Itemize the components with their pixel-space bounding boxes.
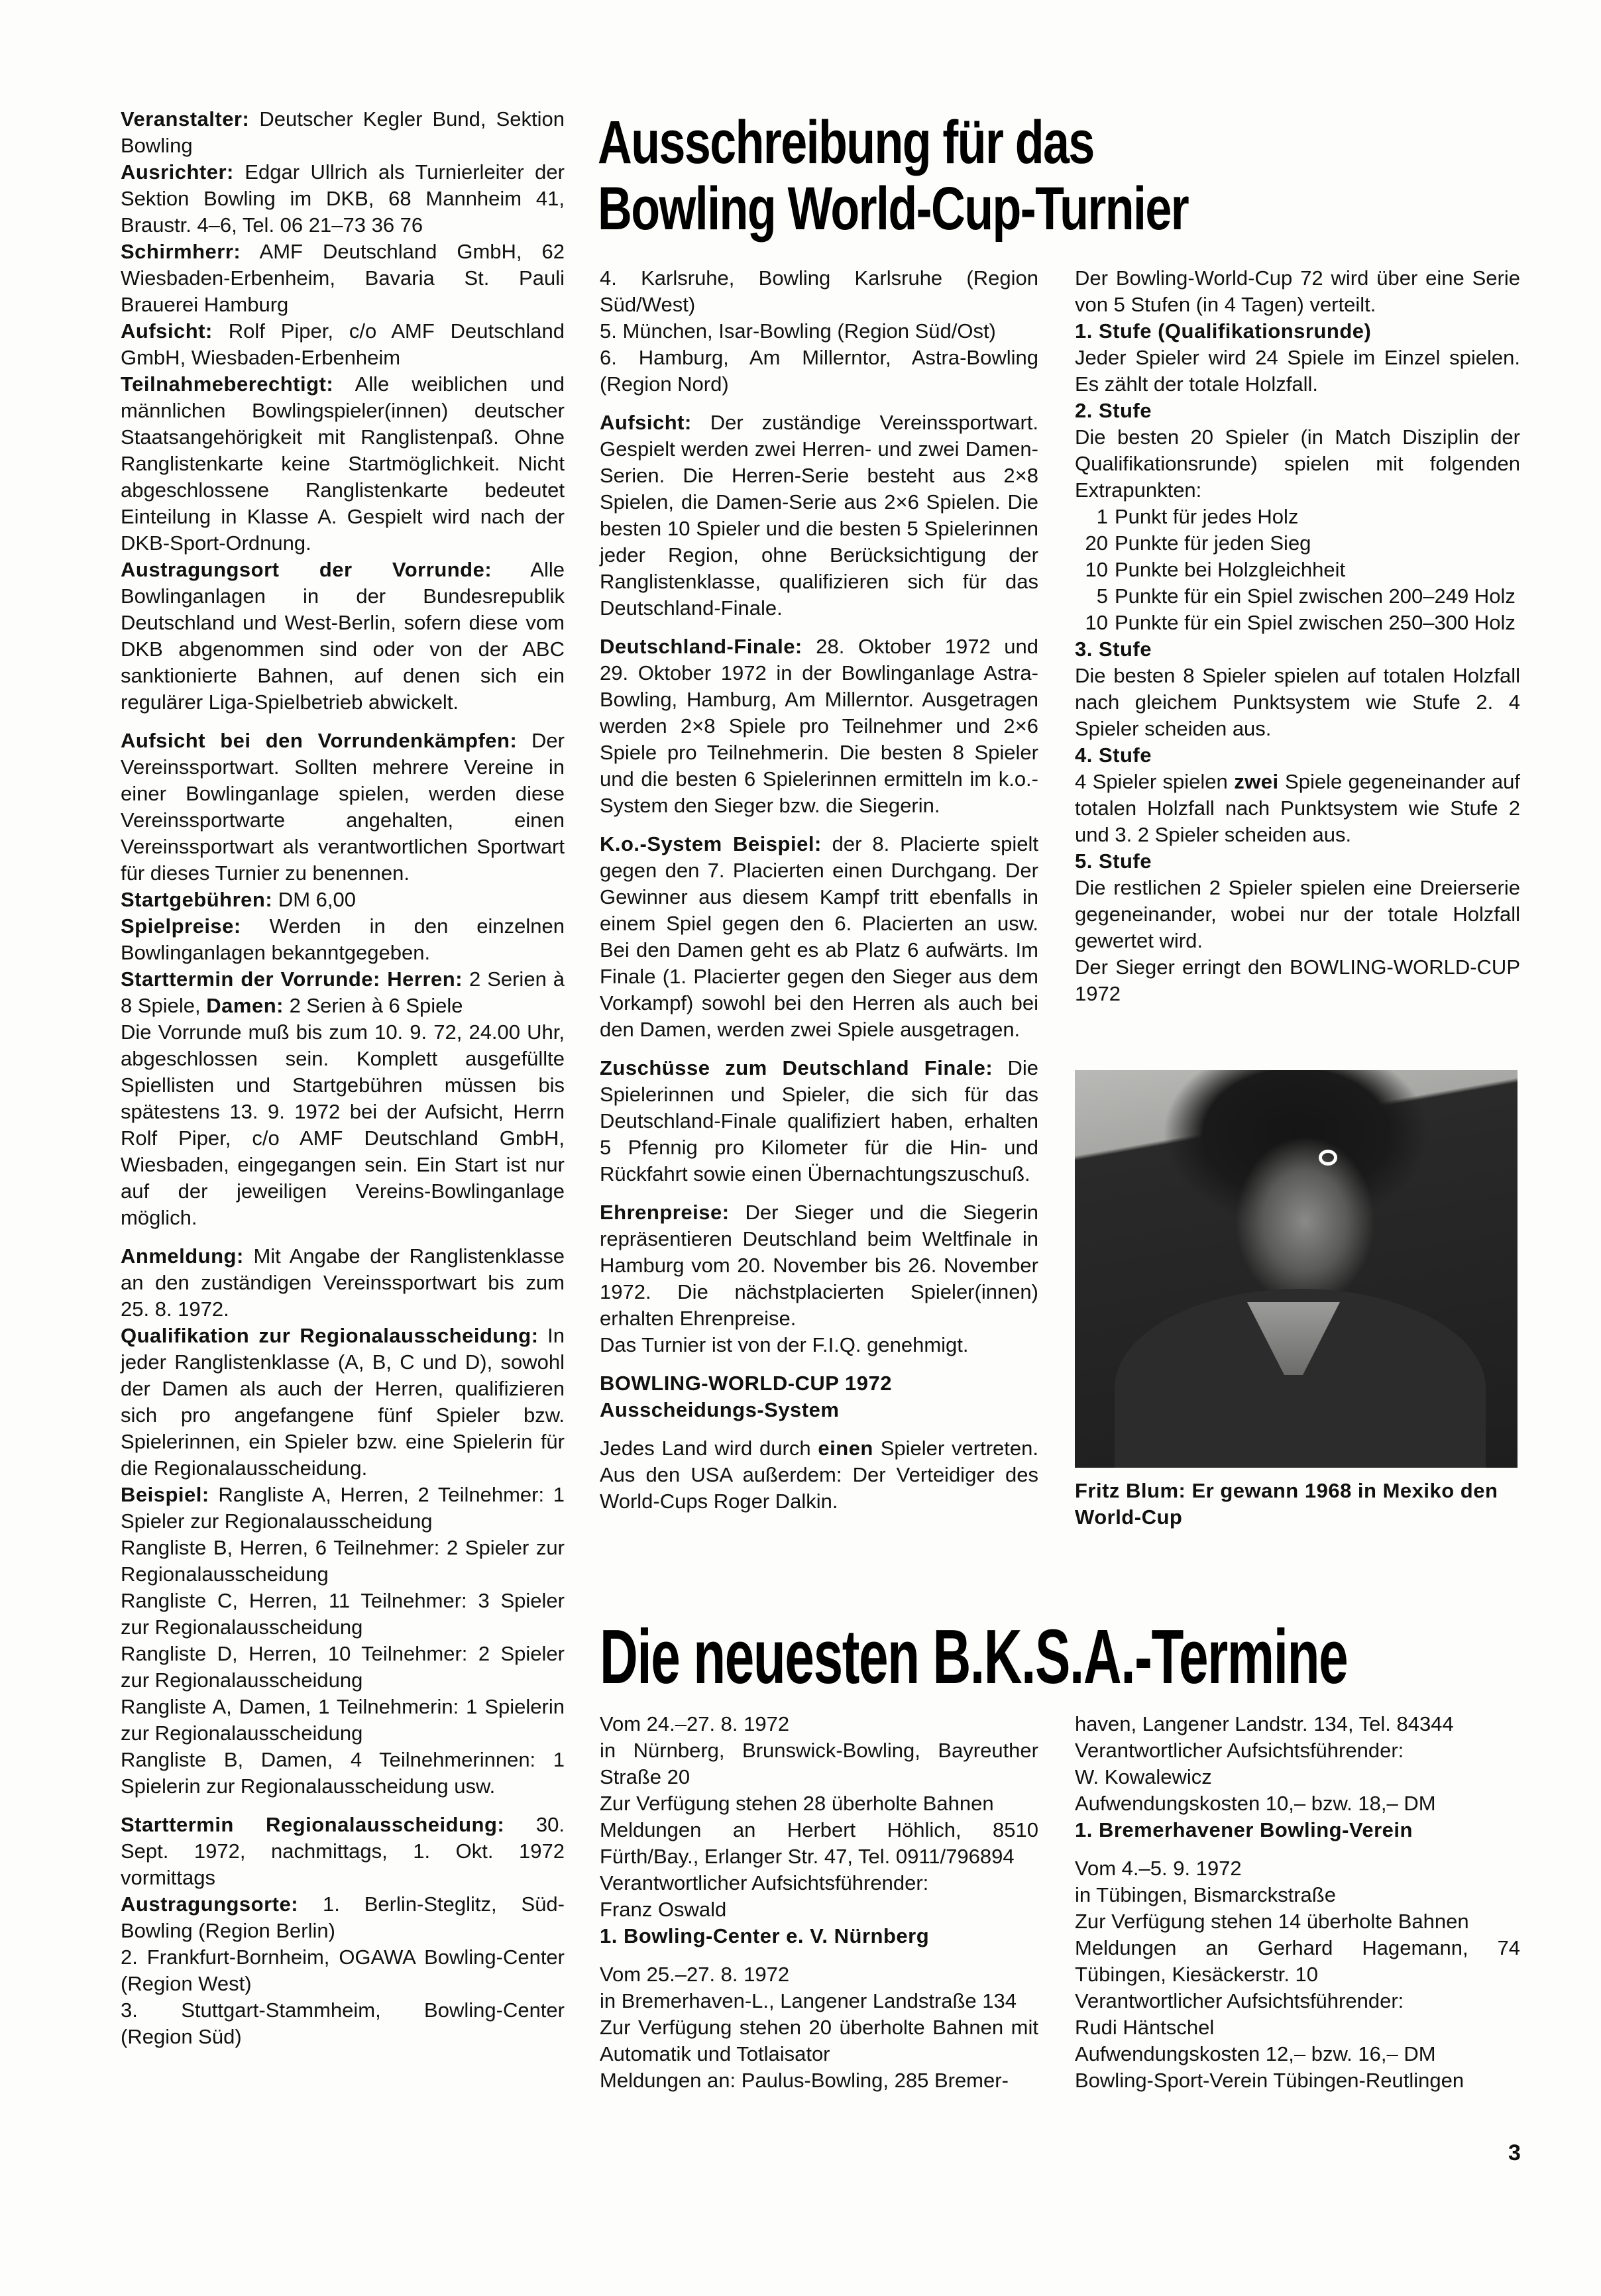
termin-date: Vom 25.–27. 8. 1972 bbox=[600, 1961, 1038, 1988]
paragraph-ort-2: 2. Frankfurt-Bornheim, OGAWA Bowling-Cen… bbox=[121, 1944, 565, 1997]
termin-contact: Meldungen an Gerhard Hagemann, 74 Tübing… bbox=[1075, 1935, 1520, 1988]
termin-place: in Bremerhaven-L., Langener Landstraße 1… bbox=[600, 1988, 1038, 2014]
photo-highlight bbox=[1319, 1150, 1337, 1166]
termin-supervisor: Rudi Häntschel bbox=[1075, 2014, 1520, 2041]
venue-item: 5. München, Isar-Bowling (Region Süd/Ost… bbox=[600, 318, 1038, 345]
termin-date: Vom 24.–27. 8. 1972 bbox=[600, 1711, 1038, 1737]
paragraph-ort-3: 3. Stuttgart-Stammheim, Bowling-Center (… bbox=[121, 1997, 565, 2050]
termin-contact: Meldungen an Herbert Höhlich, 8510 Fürth… bbox=[600, 1817, 1038, 1870]
left-column: Veranstalter: Deutscher Kegler Bund, Sek… bbox=[121, 106, 565, 2050]
paragraph-ko-system: K.o.-System Beispiel: der 8. Placierte s… bbox=[600, 831, 1038, 1043]
stufe-4-text: 4 Spieler spielen zwei Spiele gegeneinan… bbox=[1075, 769, 1520, 848]
points-item: 1Punkt für jedes Holz bbox=[1075, 504, 1520, 530]
paragraph-spielpreise: Spielpreise: Werden in den einzelnen Bow… bbox=[121, 913, 565, 966]
stufe-1-title: 1. Stufe (Qualifikationsrunde) bbox=[1075, 318, 1520, 345]
paragraph-deutschland-finale: Deutschland-Finale: 28. Oktober 1972 und… bbox=[600, 633, 1038, 819]
termin-costs: Aufwendungskosten 12,– bzw. 16,– DM bbox=[1075, 2041, 1520, 2067]
stufe-5-title: 5. Stufe bbox=[1075, 848, 1520, 875]
paragraph-fiq: Das Turnier ist von der F.I.Q. genehmigt… bbox=[600, 1332, 1038, 1358]
points-item: 20Punkte für jeden Sieg bbox=[1075, 530, 1520, 557]
termin-costs: Aufwendungskosten 10,– bzw. 18,– DM bbox=[1075, 1790, 1520, 1817]
paragraph-startgebuehren: Startgebühren: DM 6,00 bbox=[121, 887, 565, 913]
paragraph-vorrunde-frist: Die Vorrunde muß bis zum 10. 9. 72, 24.0… bbox=[121, 1019, 565, 1231]
venue-item: 6. Hamburg, Am Millerntor, Astra-Bowling… bbox=[600, 345, 1038, 398]
paragraph-qualifikation: Qualifikation zur Regionalausscheidung: … bbox=[121, 1323, 565, 1482]
paragraph-jedes-land: Jedes Land wird durch einen Spieler vert… bbox=[600, 1435, 1038, 1515]
stufe-5-text: Die restlichen 2 Spieler spielen eine Dr… bbox=[1075, 875, 1520, 954]
right-column: Der Bowling-World-Cup 72 wird über eine … bbox=[1075, 265, 1520, 1007]
termin-contact-continued: haven, Langener Landstr. 134, Tel. 84344 bbox=[1075, 1711, 1520, 1737]
stufe-2-text: Die besten 20 Spieler (in Match Diszipli… bbox=[1075, 424, 1520, 504]
paragraph-aufsicht: Aufsicht: Rolf Piper, c/o AMF Deutschlan… bbox=[121, 318, 565, 371]
paragraph-beispiel-d: Rangliste D, Herren, 10 Teilnehmer: 2 Sp… bbox=[121, 1641, 565, 1694]
termin-supervisor: W. Kowalewicz bbox=[1075, 1764, 1520, 1790]
paragraph-beispiel: Beispiel: Rangliste A, Herren, 2 Teilneh… bbox=[121, 1482, 565, 1535]
paragraph-austragungsorte: Austragungsorte: 1. Berlin-Steglitz, Süd… bbox=[121, 1891, 565, 1944]
termin-date: Vom 4.–5. 9. 1972 bbox=[1075, 1855, 1520, 1882]
termin-lanes: Zur Verfügung stehen 14 überholte Bahnen bbox=[1075, 1908, 1520, 1935]
termine-middle-column: Vom 24.–27. 8. 1972 in Nürnberg, Brunswi… bbox=[600, 1711, 1038, 2094]
paragraph-schirmherr: Schirmherr: AMF Deutschland GmbH, 62 Wie… bbox=[121, 239, 565, 318]
termin-supervisor-label: Verantwortlicher Aufsichtsführender: bbox=[1075, 1737, 1520, 1764]
paragraph-ehrenpreise: Ehrenpreise: Der Sieger und die Siegerin… bbox=[600, 1199, 1038, 1332]
paragraph-aufsicht-vorrunde: Aufsicht bei den Vorrundenkämpfen: Der V… bbox=[121, 728, 565, 887]
termin-contact: Meldungen an: Paulus-Bowling, 285 Bremer… bbox=[600, 2067, 1038, 2094]
termin-club: 1. Bowling-Center e. V. Nürnberg bbox=[600, 1923, 1038, 1949]
termin-supervisor-label: Verantwortlicher Aufsichtsführender: bbox=[1075, 1988, 1520, 2014]
termin-entry-continued: haven, Langener Landstr. 134, Tel. 84344… bbox=[1075, 1711, 1520, 1843]
stufe-3-title: 3. Stufe bbox=[1075, 636, 1520, 663]
page-number: 3 bbox=[1508, 2140, 1521, 2166]
article-headline: Ausschreibung für das Bowling World-Cup-… bbox=[598, 109, 1188, 242]
stufe-4-title: 4. Stufe bbox=[1075, 742, 1520, 769]
points-item: 5Punkte für ein Spiel zwischen 200–249 H… bbox=[1075, 583, 1520, 610]
paragraph-veranstalter: Veranstalter: Deutscher Kegler Bund, Sek… bbox=[121, 106, 565, 159]
termin-supervisor: Franz Oswald bbox=[600, 1896, 1038, 1923]
termin-entry: Vom 4.–5. 9. 1972 in Tübingen, Bismarcks… bbox=[1075, 1855, 1520, 2094]
points-item: 10Punkte bei Holzgleichheit bbox=[1075, 557, 1520, 583]
section-subtitle-system: Ausscheidungs-System bbox=[600, 1397, 1038, 1423]
paragraph-teilnahme: Teilnahmeberechtigt: Alle weiblichen und… bbox=[121, 371, 565, 557]
stufe-2-title: 2. Stufe bbox=[1075, 398, 1520, 424]
termin-place: in Tübingen, Bismarckstraße bbox=[1075, 1882, 1520, 1908]
termin-entry: Vom 25.–27. 8. 1972 in Bremerhaven-L., L… bbox=[600, 1961, 1038, 2094]
paragraph-aufsicht-regional: Aufsicht: Der zuständige Vereinssportwar… bbox=[600, 410, 1038, 622]
paragraph-zuschuesse: Zuschüsse zum Deutschland Finale: Die Sp… bbox=[600, 1055, 1038, 1187]
middle-column: 4. Karlsruhe, Bowling Karlsruhe (Region … bbox=[600, 265, 1038, 1515]
paragraph-beispiel-damen-b: Rangliste B, Damen, 4 Teilnehmerinnen: 1… bbox=[121, 1747, 565, 1800]
termine-headline: Die neuesten B.K.S.A.-Termine bbox=[600, 1617, 1347, 1696]
section-title-worldcup: BOWLING-WORLD-CUP 1972 bbox=[600, 1370, 1038, 1397]
termin-lanes: Zur Verfügung stehen 20 überholte Bahnen… bbox=[600, 2014, 1038, 2067]
stufe-1-text: Jeder Spieler wird 24 Spiele im Einzel s… bbox=[1075, 345, 1520, 398]
headline-line-1: Ausschreibung für das bbox=[598, 109, 1188, 176]
paragraph-starttermin: Starttermin der Vorrunde: Herren: 2 Seri… bbox=[121, 966, 565, 1019]
termine-right-column: haven, Langener Landstr. 134, Tel. 84344… bbox=[1075, 1711, 1520, 2094]
stufe-3-text: Die besten 8 Spieler spielen auf totalen… bbox=[1075, 663, 1520, 742]
termin-lanes: Zur Verfügung stehen 28 überholte Bahnen bbox=[600, 1790, 1038, 1817]
termin-club: Bowling-Sport-Verein Tübingen-Reutlingen bbox=[1075, 2067, 1520, 2094]
paragraph-beispiel-damen-a: Rangliste A, Damen, 1 Teilnehmerin: 1 Sp… bbox=[121, 1694, 565, 1747]
paragraph-ausrichter: Ausrichter: Edgar Ullrich als Turnierlei… bbox=[121, 159, 565, 239]
photo-caption: Fritz Blum: Er gewann 1968 in Mexiko den… bbox=[1075, 1478, 1520, 1531]
paragraph-austragungsort: Austragungsort der Vorrunde: Alle Bowlin… bbox=[121, 557, 565, 716]
termin-entry: Vom 24.–27. 8. 1972 in Nürnberg, Brunswi… bbox=[600, 1711, 1038, 1949]
termin-supervisor-label: Verantwortlicher Aufsichtsführender: bbox=[600, 1870, 1038, 1896]
paragraph-sieger: Der Sieger erringt den BOWLING-WORLD-CUP… bbox=[1075, 954, 1520, 1007]
paragraph-beispiel-c: Rangliste C, Herren, 11 Teilnehmer: 3 Sp… bbox=[121, 1588, 565, 1641]
venue-item: 4. Karlsruhe, Bowling Karlsruhe (Region … bbox=[600, 265, 1038, 318]
points-item: 10Punkte für ein Spiel zwischen 250–300 … bbox=[1075, 610, 1520, 636]
paragraph-starttermin-regional: Starttermin Regionalausscheidung: 30. Se… bbox=[121, 1812, 565, 1891]
paragraph-beispiel-b: Rangliste B, Herren, 6 Teilnehmer: 2 Spi… bbox=[121, 1535, 565, 1588]
photo-fritz-blum bbox=[1075, 1070, 1518, 1468]
headline-line-2: Bowling World-Cup-Turnier bbox=[598, 176, 1188, 242]
paragraph-intro: Der Bowling-World-Cup 72 wird über eine … bbox=[1075, 265, 1520, 318]
termin-place: in Nürnberg, Brunswick-Bowling, Bayreuth… bbox=[600, 1737, 1038, 1790]
paragraph-anmeldung: Anmeldung: Mit Angabe der Ranglistenklas… bbox=[121, 1243, 565, 1323]
termin-club: 1. Bremerhavener Bowling-Verein bbox=[1075, 1817, 1520, 1843]
